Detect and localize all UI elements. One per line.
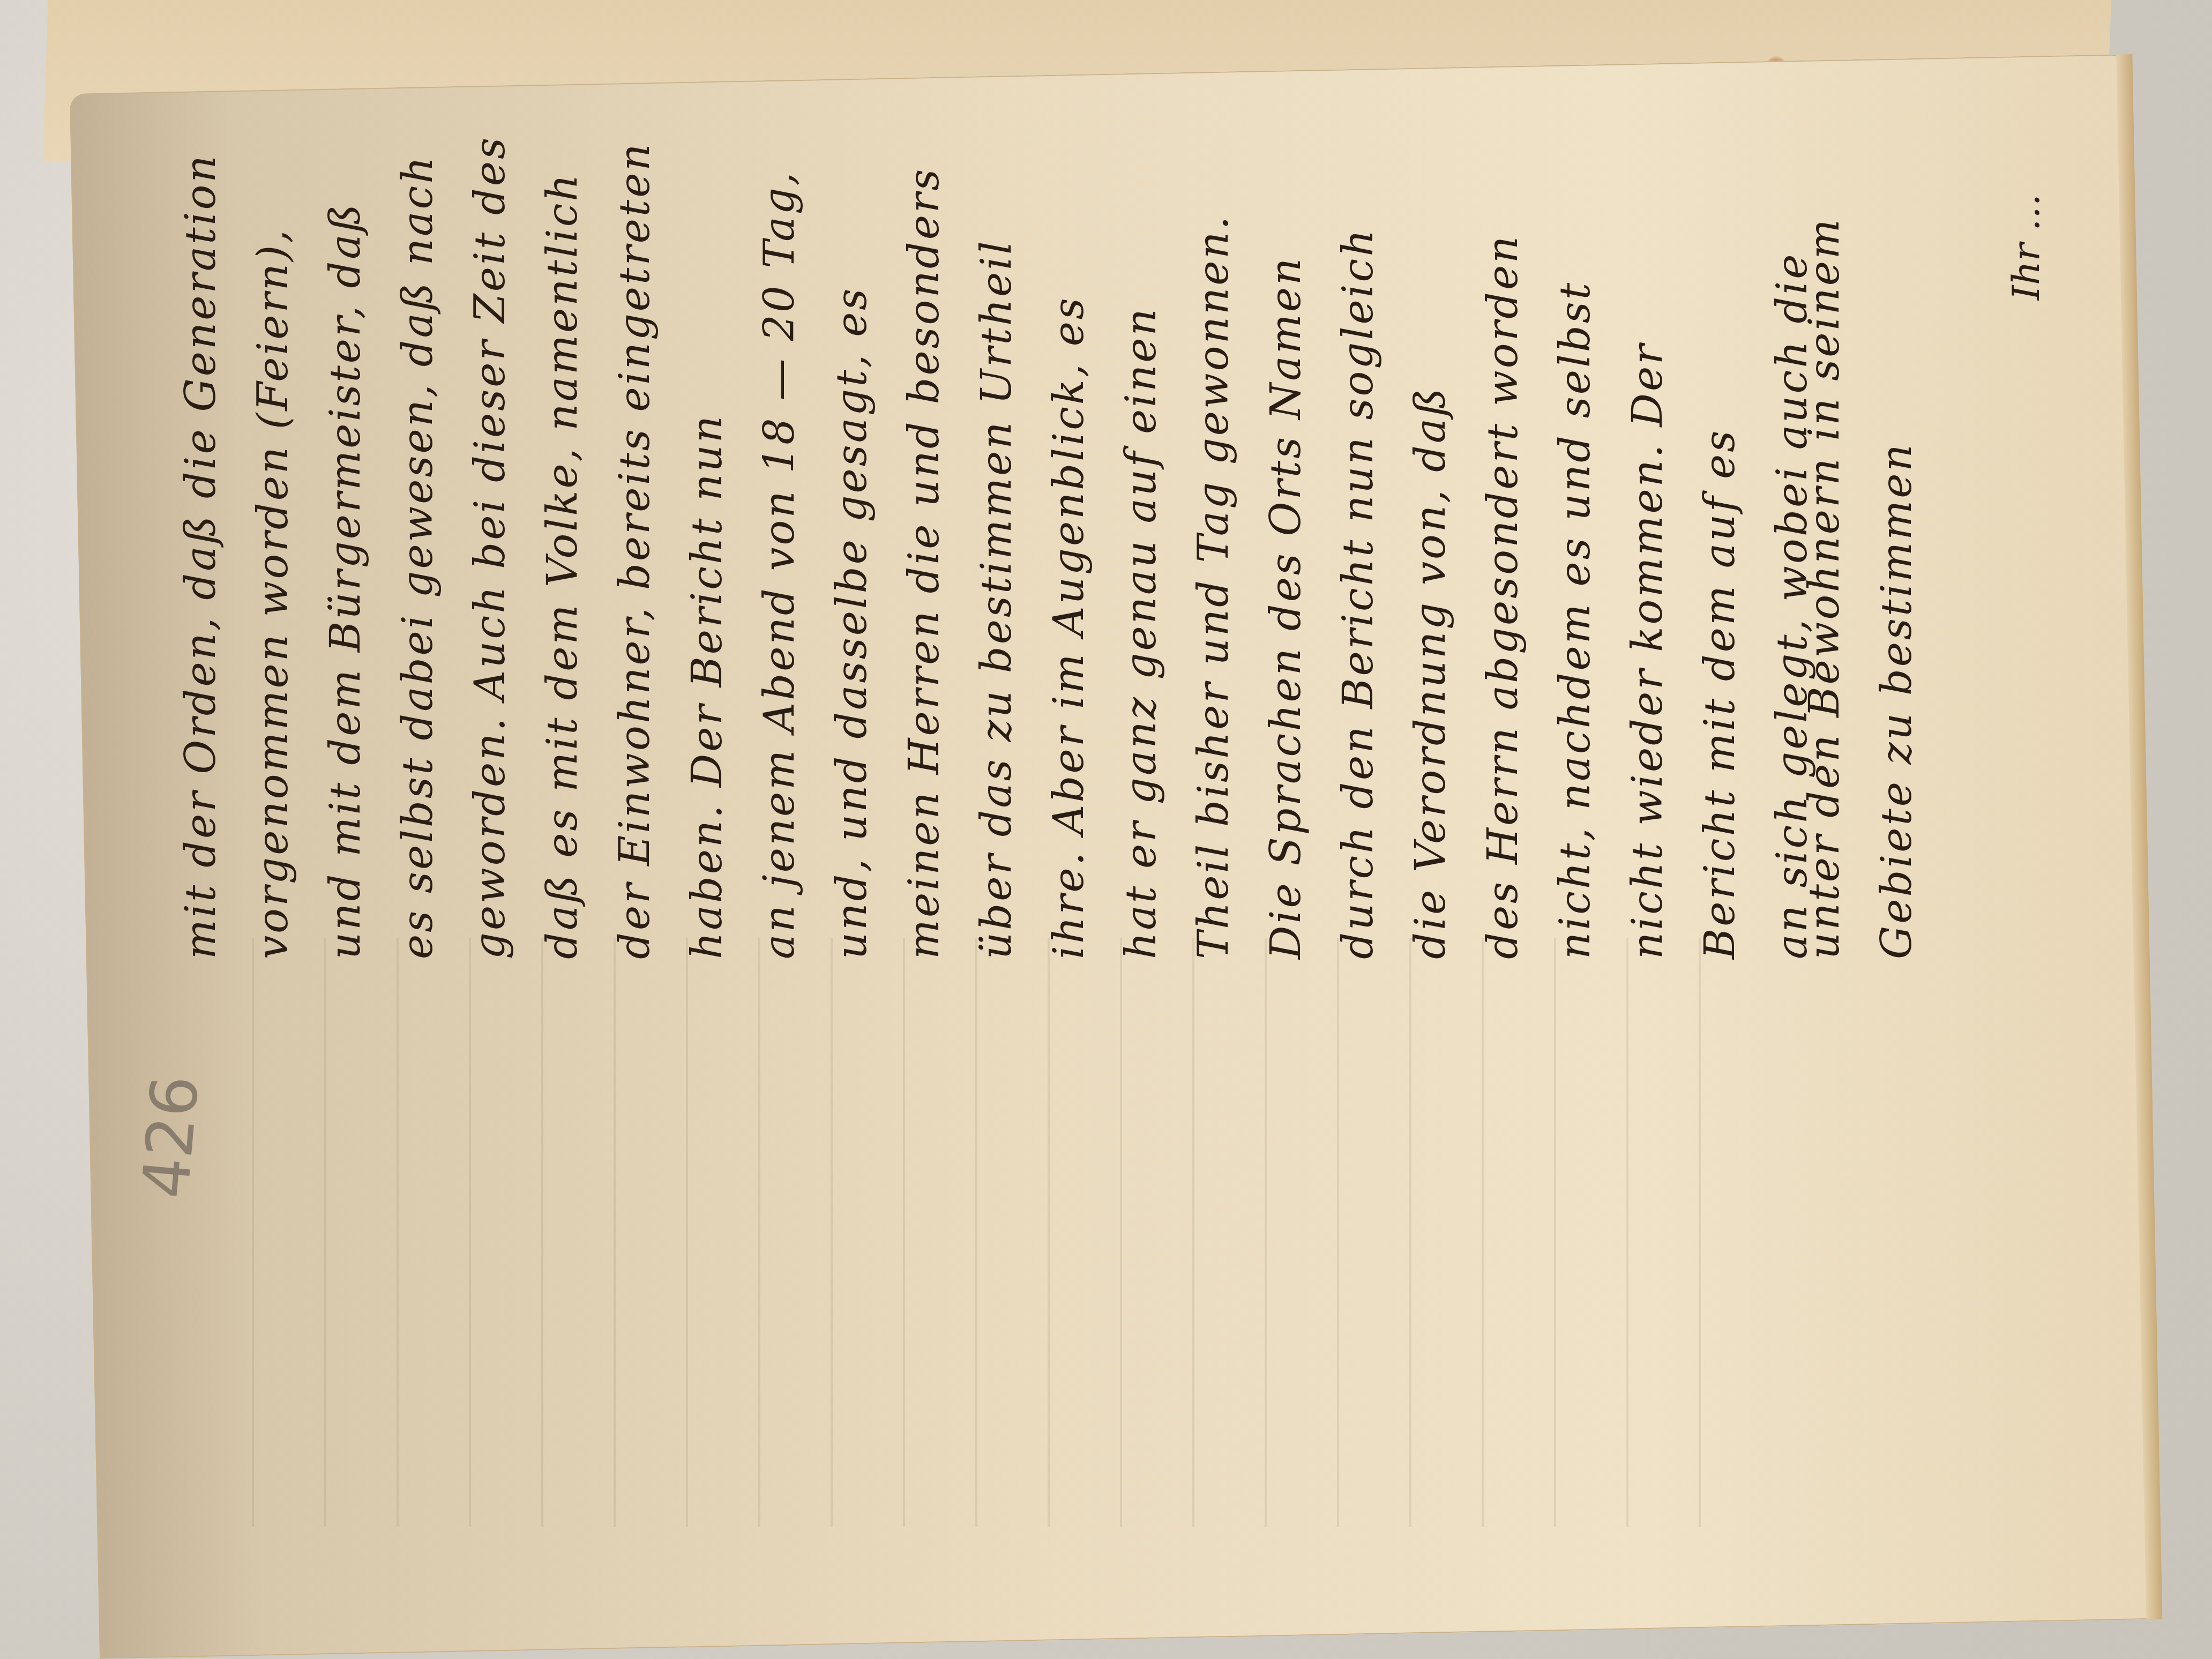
text-line: Theil bisher und Tag gewonnen. <box>1190 129 1238 959</box>
text-line: unter den Bewohnern in seinem <box>1800 129 1849 959</box>
text-line: nicht, nachdem es und selbst <box>1551 129 1600 959</box>
sign-off: Ihr … <box>2004 194 2048 300</box>
text-line: mit der Orden, daß die Generation <box>177 129 225 959</box>
text-line: es selbst dabei gewesen, daß nach <box>394 129 442 959</box>
text-line: Bericht mit dem auf es <box>1696 129 1744 959</box>
page-edge <box>2116 54 2162 1619</box>
text-line: meinen Herren die und besonders <box>900 129 948 959</box>
text-line: geworden. Auch bei dieser Zeit des <box>466 129 514 959</box>
text-line: Gebiete zu bestimmen <box>1873 129 1921 959</box>
bleed-through-text <box>214 938 1768 1527</box>
text-line: und, und dasselbe gesagt, es <box>828 129 876 959</box>
text-line: vorgenommen worden (Feiern), <box>249 129 297 959</box>
text-line: nicht wieder kommen. Der <box>1624 129 1672 959</box>
text-line: daß es mit dem Volke, namentlich <box>539 129 587 959</box>
text-line: über das zu bestimmen Urtheil <box>973 129 1021 959</box>
handwritten-text-block: mit der Orden, daß die Generation vorgen… <box>177 129 1838 986</box>
text-line: an jenem Abend von 18 — 20 Tag, <box>756 129 804 959</box>
folio-number: 426 <box>129 1073 213 1201</box>
text-line: Die Sprachen des Orts Namen <box>1262 129 1310 959</box>
text-line: durch den Bericht nun sogleich <box>1334 129 1382 959</box>
text-line: der Einwohner, bereits eingetreten <box>611 129 659 959</box>
text-line: die Verordnung von, daß <box>1407 129 1455 959</box>
text-line: ihre. Aber im Augenblick, es <box>1045 129 1093 959</box>
text-line: hat er ganz genau auf einen <box>1117 129 1165 959</box>
text-line: des Herrn abgesondert worden <box>1479 129 1527 959</box>
text-line: haben. Der Bericht nun <box>683 129 731 959</box>
text-line: und mit dem Bürgermeister, daß <box>322 129 370 959</box>
